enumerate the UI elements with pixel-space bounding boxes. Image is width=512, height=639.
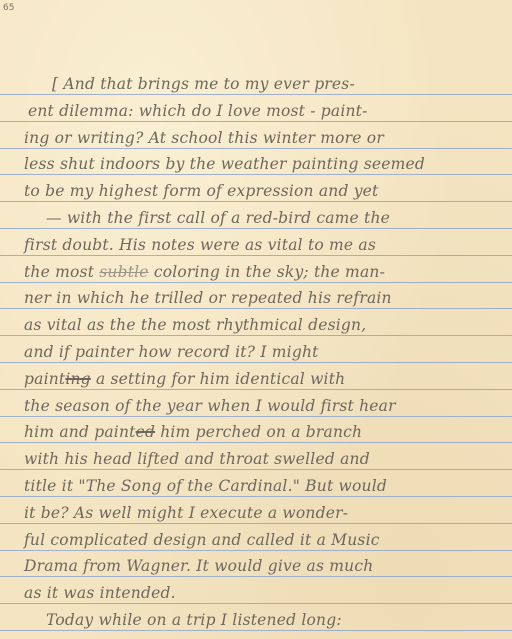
struck-text: ing (65, 370, 90, 388)
ruled-line (0, 94, 512, 95)
text-line: to be my highest form of expression and … (0, 181, 512, 201)
ruled-line (0, 174, 512, 175)
notebook-page: 65 [ And that brings me to my ever pres-… (0, 0, 512, 639)
text-span: title it "The Song of the Cardinal." But… (24, 477, 387, 495)
ruled-line (0, 469, 512, 470)
text-span: him perched on a branch (155, 423, 362, 441)
ruled-line (0, 228, 512, 229)
text-line: him and painted him perched on a branch (0, 422, 512, 442)
ruled-line (0, 523, 512, 524)
text-line: [ And that brings me to my ever pres- (0, 74, 512, 94)
text-span: ing or writing? At school this winter mo… (24, 129, 384, 147)
text-line: ing or writing? At school this winter mo… (0, 128, 512, 148)
ruled-line (0, 416, 512, 417)
ruled-line (0, 308, 512, 309)
ruled-line (0, 148, 512, 149)
text-line: first doubt. His notes were as vital to … (0, 235, 512, 255)
text-span: a setting for him identical with (91, 370, 346, 388)
ruled-line (0, 362, 512, 363)
text-span: first doubt. His notes were as vital to … (24, 236, 376, 254)
ruled-line (0, 255, 512, 256)
text-span: as it was intended. (24, 584, 176, 602)
text-line: Today while on a trip I listened long: (0, 610, 512, 630)
ruled-line (0, 576, 512, 577)
text-line: — with the first call of a red-bird came… (0, 208, 512, 228)
struck-text: subtle (99, 263, 148, 281)
text-line: the most subtle coloring in the sky; the… (0, 262, 512, 282)
text-span: Today while on a trip I listened long: (46, 611, 342, 629)
text-span: Drama from Wagner. It would give as much (24, 557, 373, 575)
ruled-line (0, 389, 512, 390)
text-line: ent dilemma: which do I love most - pain… (0, 101, 512, 121)
ruled-line (0, 496, 512, 497)
text-line: and if painter how record it? I might (0, 342, 512, 362)
text-span: — with the first call of a red-bird came… (46, 209, 390, 227)
text-line: as vital as the the most rhythmical desi… (0, 315, 512, 335)
text-span: ent dilemma: which do I love most - pain… (28, 102, 368, 120)
text-span: him and paint (24, 423, 136, 441)
text-span: less shut indoors by the weather paintin… (24, 155, 425, 173)
text-line: title it "The Song of the Cardinal." But… (0, 476, 512, 496)
ruled-line (0, 603, 512, 604)
ruled-line (0, 282, 512, 283)
text-span: [ And that brings me to my ever pres- (52, 75, 355, 93)
text-line: as it was intended. (0, 583, 512, 603)
text-span: it be? As well might I execute a wonder- (24, 504, 348, 522)
text-span: ner in which he trilled or repeated his … (24, 289, 392, 307)
ruled-line (0, 335, 512, 336)
ruled-line (0, 550, 512, 551)
text-span: as vital as the the most rhythmical desi… (24, 316, 366, 334)
ruled-line (0, 630, 512, 631)
text-span: with his head lifted and throat swelled … (24, 450, 370, 468)
page-number: 65 (3, 3, 14, 13)
text-line: ner in which he trilled or repeated his … (0, 288, 512, 308)
struck-text: ed (136, 423, 156, 441)
text-line: Drama from Wagner. It would give as much (0, 556, 512, 576)
text-span: coloring in the sky; the man- (149, 263, 385, 281)
text-line: ful complicated design and called it a M… (0, 530, 512, 550)
text-line: less shut indoors by the weather paintin… (0, 154, 512, 174)
text-span: to be my highest form of expression and … (24, 182, 378, 200)
text-span: the most (24, 263, 99, 281)
text-span: ful complicated design and called it a M… (24, 531, 380, 549)
text-span: the season of the year when I would firs… (24, 397, 396, 415)
ruled-line (0, 442, 512, 443)
text-line: the season of the year when I would firs… (0, 396, 512, 416)
ruled-line (0, 121, 512, 122)
ruled-line (0, 201, 512, 202)
text-span: paint (24, 370, 65, 388)
text-line: it be? As well might I execute a wonder- (0, 503, 512, 523)
text-line: painting a setting for him identical wit… (0, 369, 512, 389)
text-span: and if painter how record it? I might (24, 343, 319, 361)
text-line: with his head lifted and throat swelled … (0, 449, 512, 469)
